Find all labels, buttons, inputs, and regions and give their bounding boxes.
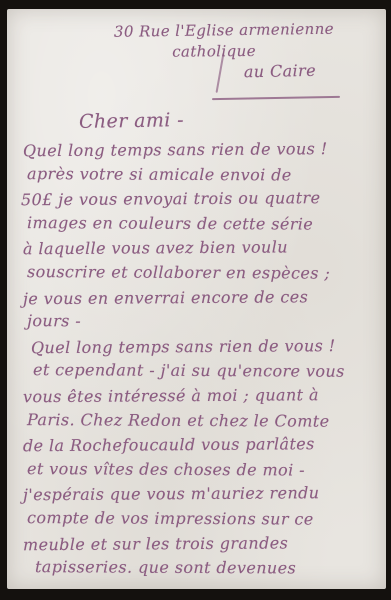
address-line-catholique: catholique [7, 41, 256, 64]
letter-body-line: j'espérais que vous m'auriez rendu [23, 481, 380, 508]
letter-body-line: Paris. Chez Redon et chez le Comte [27, 408, 380, 434]
letter-body-line: tapisseries. que sont devenues [35, 555, 380, 581]
letter-body-line: jours - [27, 309, 380, 335]
letter-body-line: meuble et sur les trois grandes [23, 530, 380, 557]
address-line-street: 30 Rue l'Eglise armenienne [7, 19, 334, 45]
letter-body-line: souscrire et collaborer en espèces ; [27, 260, 380, 286]
letter-body-line: images en couleurs de cette série [27, 211, 380, 237]
letter-body-line: vous êtes intéressé à moi ; quant à [23, 383, 380, 410]
letter-body-line: et cependant - j'ai su qu'encore vous [33, 358, 380, 384]
scanned-letter: 30 Rue l'Eglise armenienne catholique au… [0, 0, 391, 600]
letter-body-line: Quel long temps sans rien de vous ! [31, 334, 380, 361]
letter-body-line: après votre si amicale envoi de [27, 162, 380, 188]
letter-body-line: compte de vos impressions sur ce [27, 506, 380, 532]
letter-body-line: Quel long temps sans rien de vous ! [23, 137, 380, 164]
letter-body-line: je vous en enverrai encore de ces [23, 284, 380, 311]
address-underline-stroke [212, 96, 340, 100]
letter-body-line: de la Rochefoucauld vous parlâtes [23, 432, 380, 459]
letter-body-line: à laquelle vous avez bien voulu [23, 235, 380, 262]
letter-body: Quel long temps sans rien de vous !après… [23, 138, 380, 581]
letter-body-line: 50£ je vous envoyai trois ou quatre [21, 186, 380, 213]
address-line-city: au Caire [7, 60, 316, 87]
salutation: Cher ami - [79, 109, 184, 133]
letter-paper: 30 Rue l'Eglise armenienne catholique au… [7, 9, 386, 589]
letter-body-line: et vous vîtes des choses de moi - [27, 457, 380, 483]
sender-address: 30 Rue l'Eglise armenienne catholique au… [7, 21, 334, 84]
